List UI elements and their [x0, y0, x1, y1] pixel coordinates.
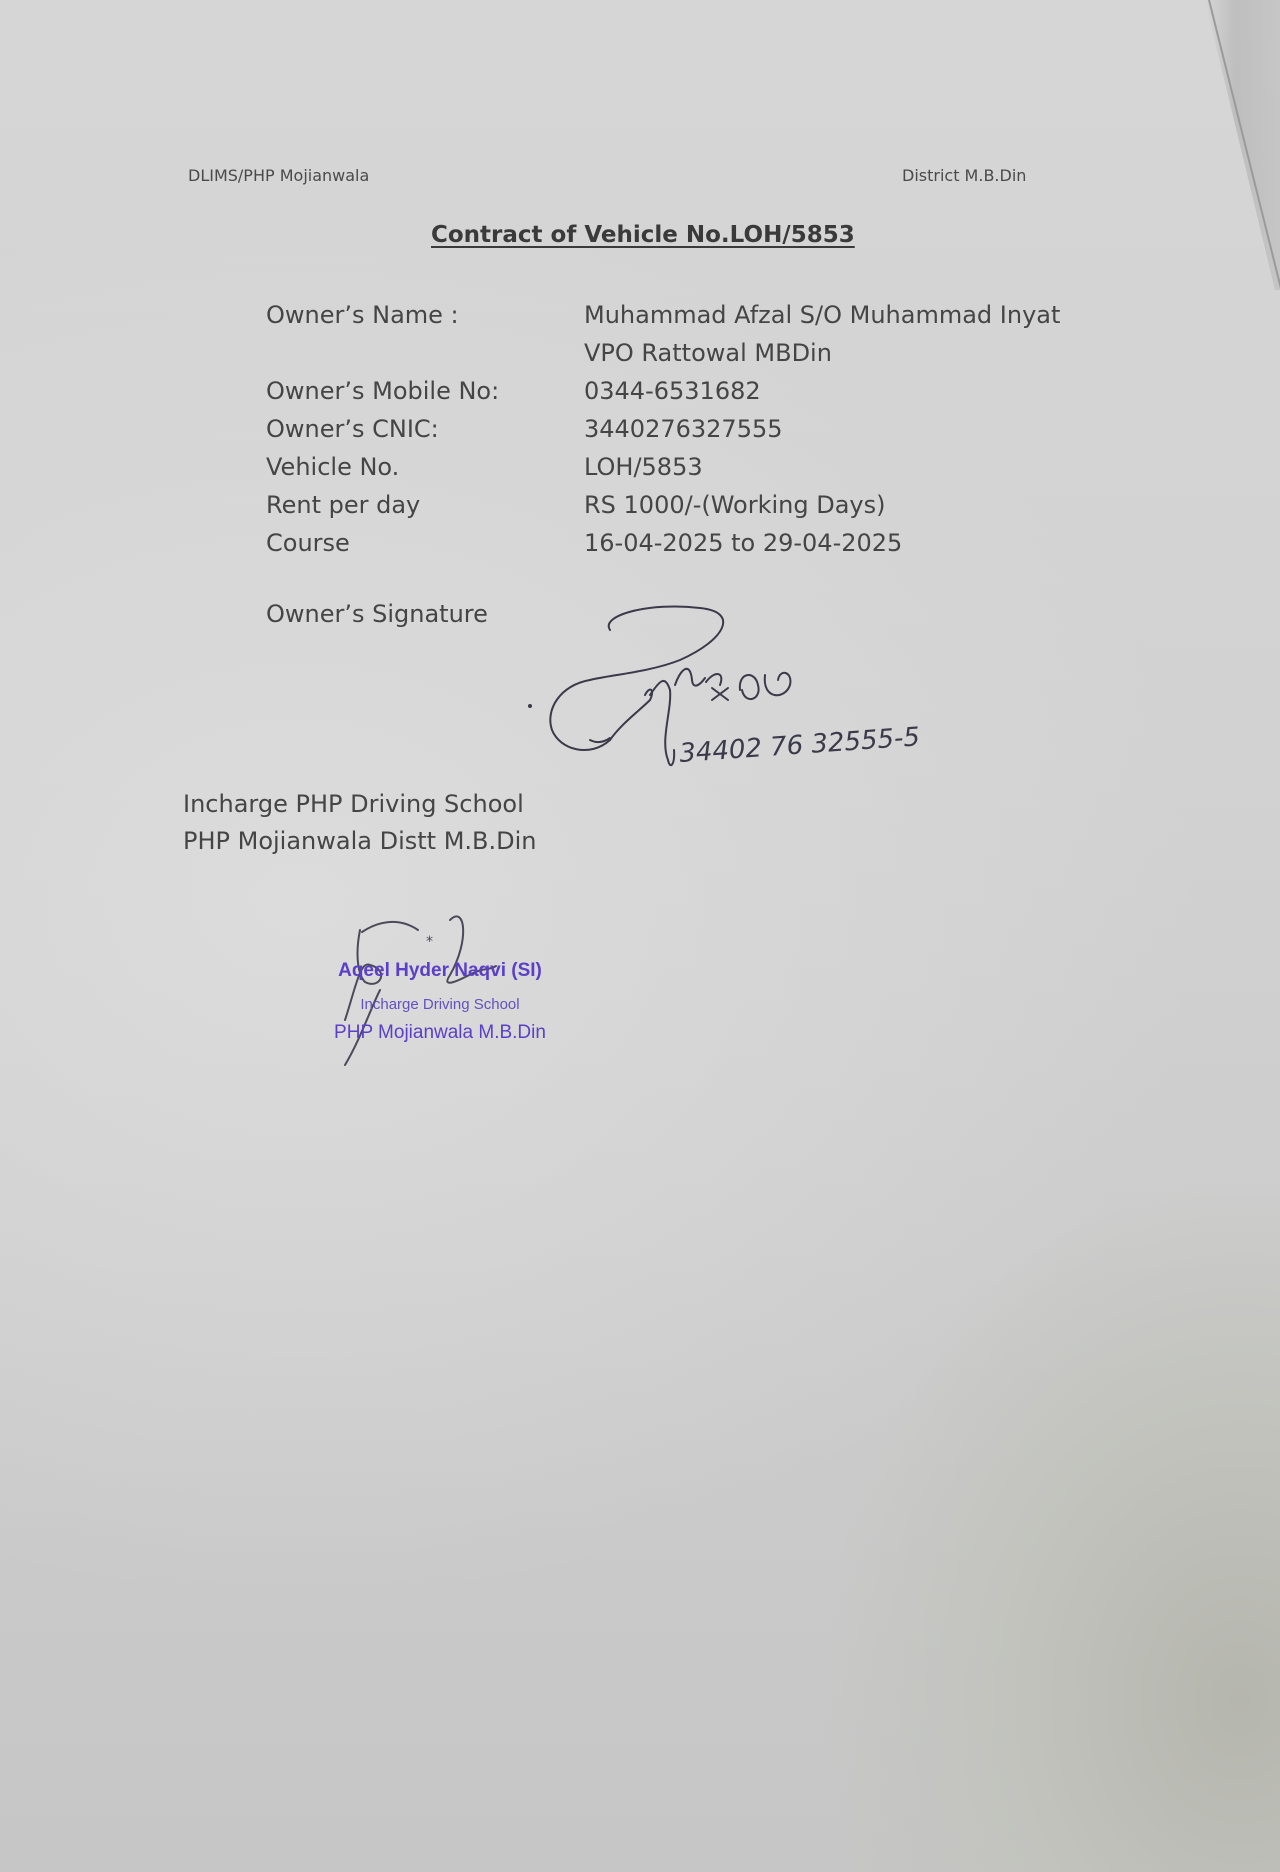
field-vehicle: Vehicle No. LOH/5853 — [266, 450, 1060, 488]
owner-name-value: Muhammad Afzal S/O Muhammad Inyat — [584, 298, 1060, 336]
field-value: 3440276327555 — [584, 412, 783, 450]
field-mobile: Owner’s Mobile No: 0344-6531682 — [266, 374, 1060, 412]
header-district: District M.B.Din — [902, 166, 1026, 185]
field-value: Muhammad Afzal S/O Muhammad Inyat VPO Ra… — [584, 298, 1060, 374]
field-label: Course — [266, 526, 584, 564]
field-value: RS 1000/-(Working Days) — [584, 488, 886, 526]
field-owner-name: Owner’s Name : Muhammad Afzal S/O Muhamm… — [266, 298, 1060, 374]
owner-signature-label: Owner’s Signature — [266, 600, 488, 628]
header-office: DLIMS/PHP Mojianwala — [188, 166, 369, 185]
stamp-place: PHP Mojianwala M.B.Din — [300, 1022, 580, 1044]
field-label: Owner’s CNIC: — [266, 412, 584, 450]
contract-fields: Owner’s Name : Muhammad Afzal S/O Muhamm… — [266, 298, 1060, 564]
incharge-location: PHP Mojianwala Distt M.B.Din — [183, 823, 537, 860]
field-course: Course 16-04-2025 to 29-04-2025 — [266, 526, 1060, 564]
field-cnic: Owner’s CNIC: 3440276327555 — [266, 412, 1060, 450]
stamp-officer-name: Aqeel Hyder Naqvi (SI) — [300, 960, 580, 982]
svg-text:*: * — [426, 934, 433, 950]
svg-text:34402 76 32555-5: 34402 76 32555-5 — [678, 722, 920, 769]
incharge-signature-icon: * — [300, 900, 580, 1070]
field-label: Owner’s Mobile No: — [266, 374, 584, 412]
field-value: 0344-6531682 — [584, 374, 761, 412]
field-value: 16-04-2025 to 29-04-2025 — [584, 526, 902, 564]
field-label: Vehicle No. — [266, 450, 584, 488]
incharge-block: Incharge PHP Driving School PHP Mojianwa… — [183, 786, 537, 860]
document-title: Contract of Vehicle No.LOH/5853 — [431, 222, 855, 248]
field-value: LOH/5853 — [584, 450, 703, 488]
owner-address-value: VPO Rattowal MBDin — [584, 336, 1060, 374]
field-label: Owner’s Name : — [266, 298, 584, 374]
incharge-title: Incharge PHP Driving School — [183, 786, 537, 823]
official-stamp: * Aqeel Hyder Naqvi (SI) Incharge Drivin… — [300, 900, 580, 1070]
field-label: Rent per day — [266, 488, 584, 526]
owner-signature-icon: 34402 76 32555-5 — [500, 590, 1100, 790]
field-rent: Rent per day RS 1000/-(Working Days) — [266, 488, 1060, 526]
stamp-role: Incharge Driving School — [300, 996, 580, 1013]
